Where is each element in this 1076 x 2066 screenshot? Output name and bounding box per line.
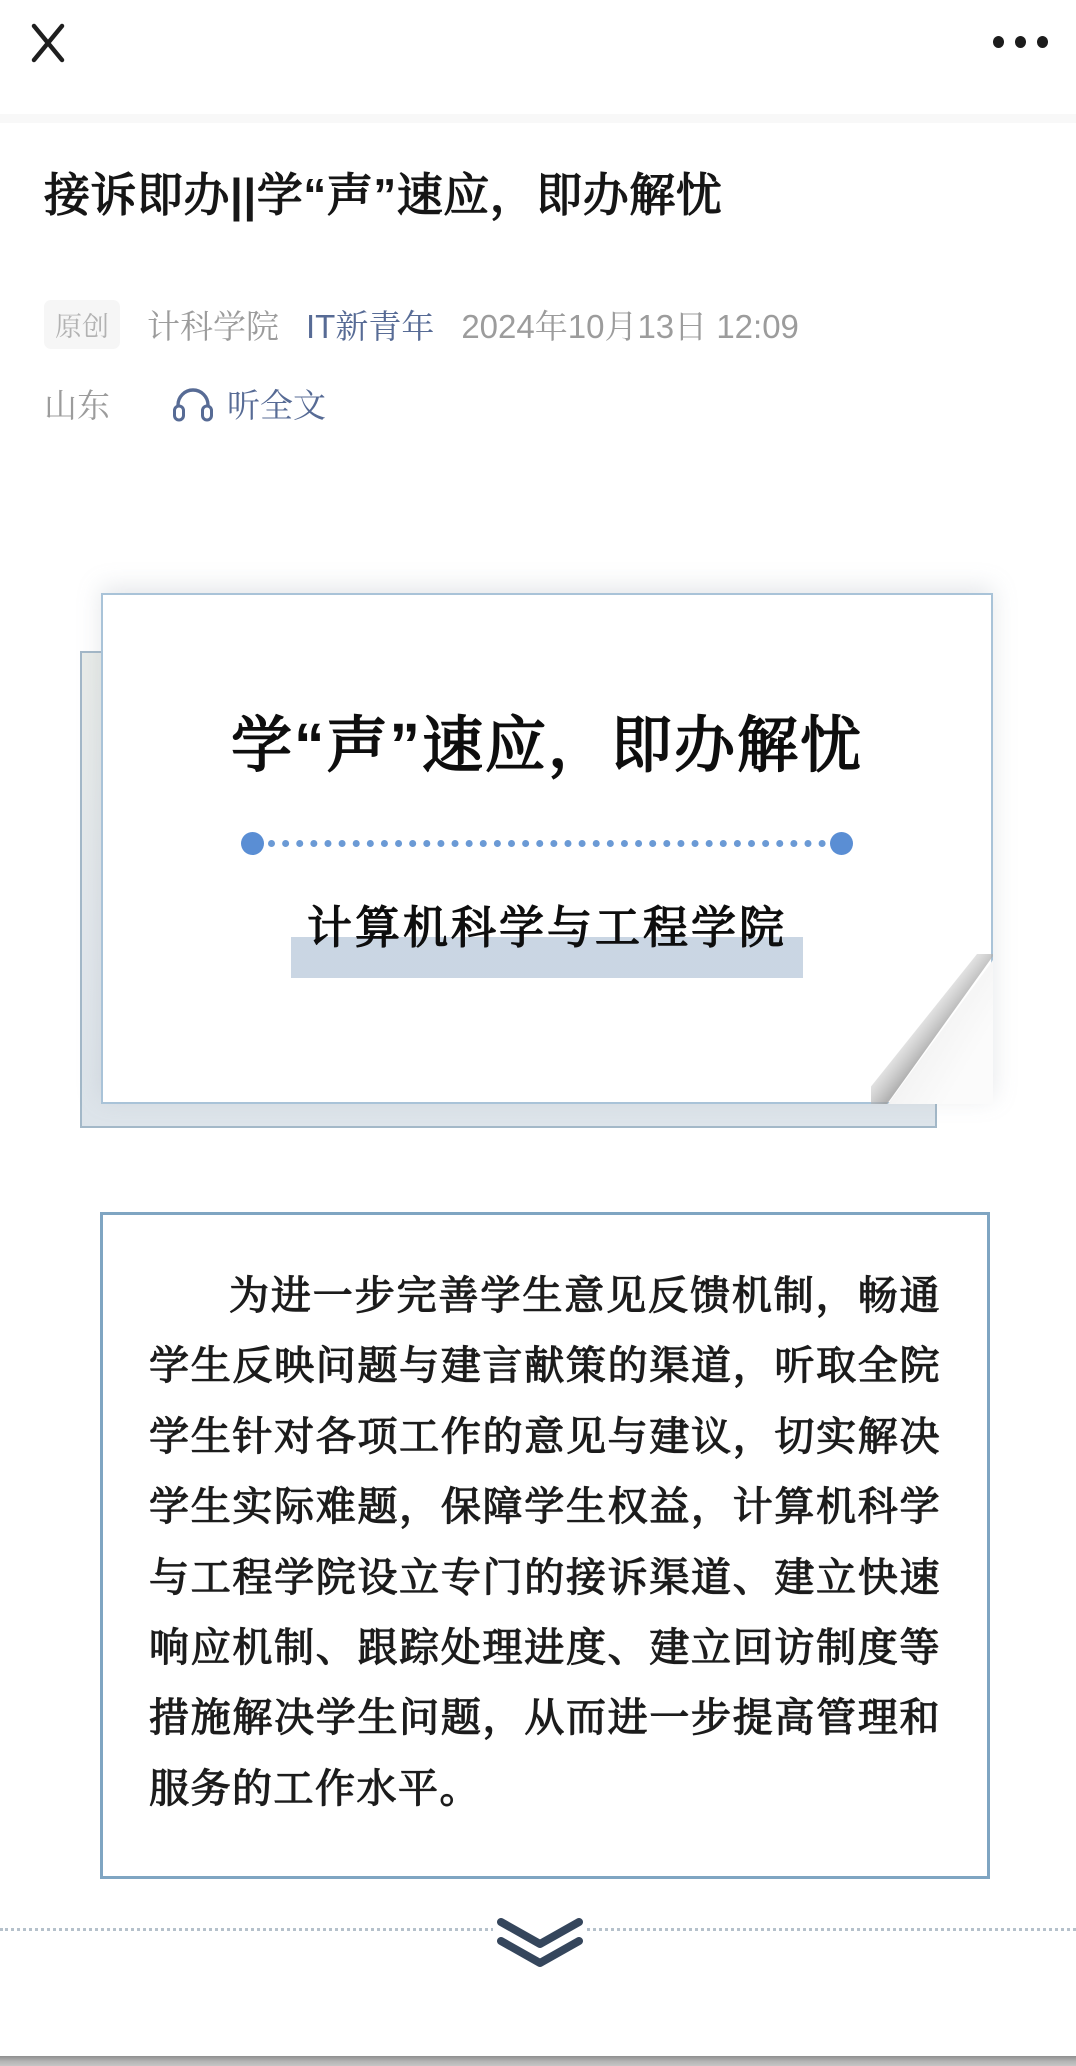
headphones-icon <box>172 385 214 423</box>
banner-front-card: 学“声”速应，即办解忧 计算机科学与工程学院 <box>101 593 993 1104</box>
publish-datetime: 2024年10月13日 12:09 <box>461 301 799 348</box>
screen-bottom-edge <box>0 2056 1076 2066</box>
divider-end-dot-right <box>830 832 853 855</box>
article-title: 接诉即办||学“声”速应，即办解忧 <box>44 166 1034 225</box>
article-body-box: 为进一步完善学生意见反馈机制，畅通学生反映问题与建言献策的渠道，听取全院学生针对… <box>100 1212 990 1879</box>
article-meta-row: 原创 计科学院 IT新青年 2024年10月13日 12:09 <box>44 300 799 349</box>
location-label: 山东 <box>44 380 110 427</box>
top-nav-bar <box>0 0 1076 114</box>
article-paragraph: 为进一步完善学生意见反馈机制，畅通学生反映问题与建言献策的渠道，听取全院学生针对… <box>149 1261 941 1824</box>
banner-dotted-divider <box>241 831 853 855</box>
original-badge: 原创 <box>44 300 120 349</box>
banner-title: 学“声”速应，即办解忧 <box>103 697 991 784</box>
more-menu-icon <box>993 36 1004 48</box>
account-name: 计科学院 <box>147 301 279 348</box>
listen-full-text-button[interactable]: 听全文 <box>172 380 326 427</box>
double-chevron-down-icon <box>496 1917 584 1969</box>
divider-end-dot-left <box>241 832 264 855</box>
nav-divider <box>0 114 1076 123</box>
divider-dotline <box>268 840 826 847</box>
author-link[interactable]: IT新青年 <box>306 301 434 348</box>
close-button[interactable] <box>26 20 70 64</box>
page-curl-decoration <box>871 954 993 1104</box>
banner-subtitle-wrap: 计算机科学与工程学院 <box>103 885 991 978</box>
banner-subtitle: 计算机科学与工程学院 <box>291 885 803 978</box>
close-icon <box>26 20 70 64</box>
article-meta-row2: 山东 听全文 <box>44 380 326 427</box>
wechat-article-page: 接诉即办||学“声”速应，即办解忧 原创 计科学院 IT新青年 2024年10月… <box>0 0 1076 2066</box>
listen-label: 听全文 <box>227 380 326 427</box>
banner-image: 学“声”速应，即办解忧 计算机科学与工程学院 <box>0 593 1076 1138</box>
expand-more-button[interactable] <box>493 1914 587 1972</box>
more-menu-button[interactable] <box>993 24 1048 60</box>
